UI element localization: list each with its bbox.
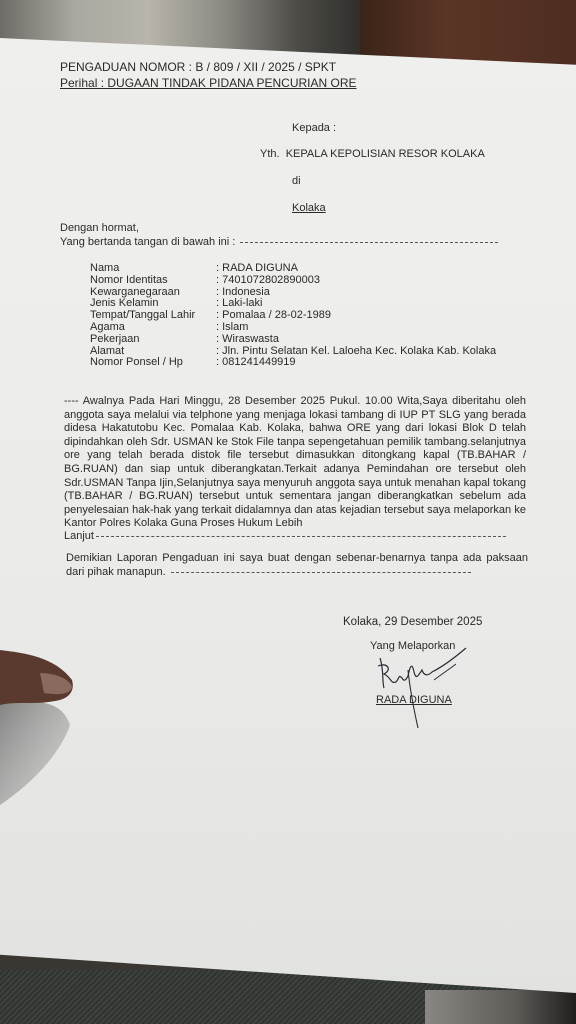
dash-filler [96, 536, 506, 537]
identity-value: Islam [216, 322, 248, 334]
dash-filler [171, 572, 471, 573]
greeting: Dengan hormat, [60, 222, 139, 234]
identity-row: AgamaIslam [90, 322, 530, 334]
identity-label: Nomor Identitas [90, 275, 216, 287]
complaint-subject: Perihal : DUGAAN TINDAK PIDANA PENCURIAN… [60, 76, 357, 90]
identity-value: 081241449919 [216, 357, 296, 369]
addressee-kepada: Kepada : [292, 122, 336, 134]
addressee-recipient: KEPALA KEPOLISIAN RESOR KOLAKA [286, 148, 485, 160]
identity-label: Agama [90, 322, 216, 334]
identity-value: Wiraswasta [216, 334, 279, 346]
identity-label: Pekerjaan [90, 334, 216, 346]
complaint-letter: PENGADUAN NOMOR : B / 809 / XII / 2025 /… [0, 0, 576, 1024]
incident-description: ---- Awalnya Pada Hari Minggu, 28 Desemb… [64, 395, 526, 531]
identity-row: PekerjaanWiraswasta [90, 334, 530, 346]
identity-row: Tempat/Tanggal LahirPomalaa / 28-02-1989 [90, 310, 530, 322]
addressee-line: Yth. KEPALA KEPOLISIAN RESOR KOLAKA [260, 148, 485, 160]
incident-end-text: Lanjut [64, 530, 94, 542]
signer-name: RADA DIGUNA [376, 694, 452, 706]
closing-text: Demikian Laporan Pengaduan ini saya buat… [66, 552, 528, 578]
addressee-yth: Yth. [260, 148, 280, 160]
identity-table: NamaRADA DIGUNANomor Identitas7401072802… [90, 263, 530, 369]
thumb-holding-paper [0, 635, 80, 805]
addressee-place: Kolaka [292, 202, 326, 214]
dash-filler [240, 242, 498, 243]
intro-text: Yang bertanda tangan di bawah ini : [60, 236, 235, 248]
addressee-di: di [292, 175, 301, 187]
identity-row: Nomor Identitas7401072802890003 [90, 275, 530, 287]
incident-end-line: Lanjut [64, 530, 506, 542]
identity-value: 7401072802890003 [216, 275, 320, 287]
intro-line: Yang bertanda tangan di bawah ini : [60, 236, 498, 248]
identity-label: Nomor Ponsel / Hp [90, 357, 216, 369]
identity-row: Nomor Ponsel / Hp081241449919 [90, 357, 530, 369]
complaint-number: PENGADUAN NOMOR : B / 809 / XII / 2025 /… [60, 60, 336, 74]
closing-statement: Demikian Laporan Pengaduan ini saya buat… [66, 552, 528, 579]
handwritten-signature [370, 640, 480, 730]
signature-place-date: Kolaka, 29 Desember 2025 [343, 616, 482, 628]
